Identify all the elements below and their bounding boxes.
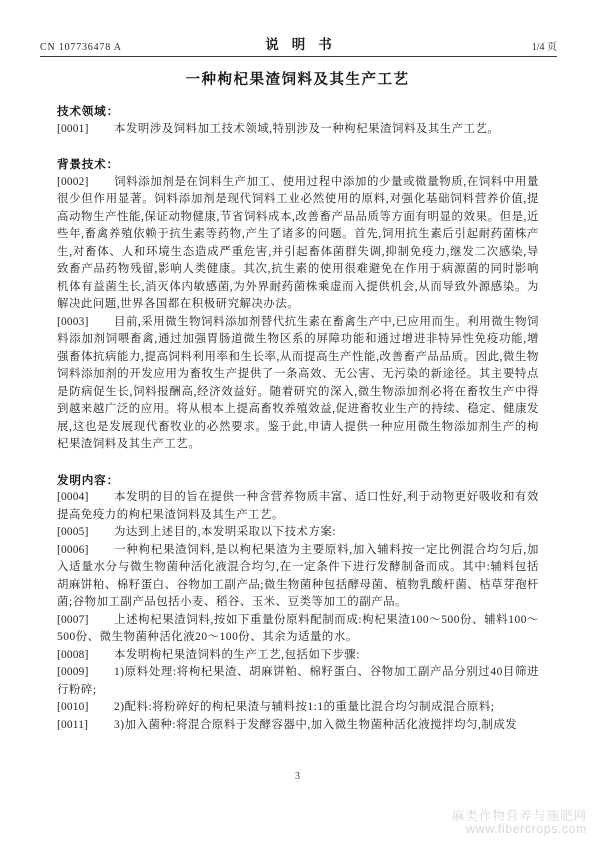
paragraph-text: 本发明涉及饲料加工技术领域,特别涉及一种枸杞果渣饲料及其生产工艺。 bbox=[114, 123, 500, 135]
paragraph-number: [0004] bbox=[57, 489, 98, 507]
section-heading-technical-field: 技术领域： bbox=[57, 103, 539, 121]
paragraph-text: 本发明枸杞果渣饲料的生产工艺,包括如下步骤: bbox=[114, 649, 360, 661]
paragraph-text: 为达到上述目的,本发明采取以下技术方案: bbox=[114, 526, 336, 538]
paragraph-text: 上述枸杞果渣饲料,按如下重量份原料配制而成:枸杞果渣100～500份、辅料100… bbox=[57, 614, 539, 644]
paragraph-text: 饲料添加剂是在饲料生产加工、使用过程中添加的少量或微量物质,在饲料中用量很少但作… bbox=[57, 176, 539, 311]
site-watermark: 麻类作物营养与施肥网 www.fibercrops.com bbox=[452, 810, 587, 836]
paragraph-text: 目前,采用微生物饲料添加剂替代抗生素在畜禽生产中,已应用而生。利用微生物饲料添加… bbox=[57, 316, 539, 451]
patent-specification-page: CN 107736478 A 说明书 1/4 页 一种枸杞果渣饲料及其生产工艺 … bbox=[0, 0, 595, 842]
paragraph-0001: [0001]本发明涉及饲料加工技术领域,特别涉及一种枸杞果渣饲料及其生产工艺。 bbox=[57, 121, 539, 139]
paragraph-0008: [0008]本发明枸杞果渣饲料的生产工艺,包括如下步骤: bbox=[57, 647, 539, 665]
section-heading-background-art: 背景技术： bbox=[57, 156, 539, 174]
paragraph-text: 本发明的目的旨在提供一种含营养物质丰富、适口性好,利于动物更好吸收和有效提高免疫… bbox=[57, 491, 539, 521]
paragraph-0004: [0004]本发明的目的旨在提供一种含营养物质丰富、适口性好,利于动物更好吸收和… bbox=[57, 489, 539, 524]
paragraph-0006: [0006]一种枸杞果渣饲料,是以枸杞果渣为主要原料,加入辅料按一定比例混合均匀… bbox=[57, 542, 539, 612]
paragraph-number: [0010] bbox=[57, 699, 98, 717]
publication-number: CN 107736478 A bbox=[40, 42, 200, 53]
paragraph-0005: [0005]为达到上述目的,本发明采取以下技术方案: bbox=[57, 524, 539, 542]
paragraph-number: [0011] bbox=[57, 717, 98, 735]
paragraph-number: [0006] bbox=[57, 542, 98, 560]
paragraph-text: 1)原料处理:将枸杞果渣、胡麻饼粕、棉籽蛋白、谷物加工副产品分别过40目筛进行粉… bbox=[57, 666, 539, 696]
paragraph-number: [0003] bbox=[57, 314, 98, 332]
paragraph-text: 2)配料:将粉碎好的枸杞果渣与辅料按1:1的重量比混合均匀制成混合原料; bbox=[114, 701, 495, 713]
sheet-indicator: 1/4 页 bbox=[397, 38, 557, 53]
invention-title: 一种枸杞果渣饲料及其生产工艺 bbox=[0, 68, 595, 89]
paragraph-number: [0001] bbox=[57, 121, 98, 139]
page-number: 3 bbox=[0, 771, 595, 782]
paragraph-0011: [0011]3)加入菌种:将混合原料于发酵容器中,加入微生物菌种活化液搅拌均匀,… bbox=[57, 717, 539, 735]
paragraph-0009: [0009]1)原料处理:将枸杞果渣、胡麻饼粕、棉籽蛋白、谷物加工副产品分别过4… bbox=[57, 664, 539, 699]
paragraph-0010: [0010]2)配料:将粉碎好的枸杞果渣与辅料按1:1的重量比混合均匀制成混合原… bbox=[57, 699, 539, 717]
paragraph-0007: [0007]上述枸杞果渣饲料,按如下重量份原料配制而成:枸杞果渣100～500份… bbox=[57, 612, 539, 647]
section-heading-summary-of-invention: 发明内容： bbox=[57, 472, 539, 490]
paragraph-text: 一种枸杞果渣饲料,是以枸杞果渣为主要原料,加入辅料按一定比例混合均匀后,加入适量… bbox=[57, 544, 539, 609]
paragraph-number: [0005] bbox=[57, 524, 98, 542]
paragraph-0003: [0003]目前,采用微生物饲料添加剂替代抗生素在畜禽生产中,已应用而生。利用微… bbox=[57, 314, 539, 454]
paragraph-text: 3)加入菌种:将混合原料于发酵容器中,加入微生物菌种活化液搅拌均匀,制成发 bbox=[114, 719, 517, 731]
paragraph-number: [0002] bbox=[57, 174, 98, 192]
page-header: CN 107736478 A 说明书 1/4 页 bbox=[40, 36, 557, 57]
paragraph-number: [0009] bbox=[57, 664, 98, 682]
paragraph-number: [0007] bbox=[57, 612, 98, 630]
specification-body: 技术领域： [0001]本发明涉及饲料加工技术领域,特别涉及一种枸杞果渣饲料及其… bbox=[57, 103, 539, 734]
watermark-site-url: www.fibercrops.com bbox=[452, 823, 587, 836]
document-type-label: 说明书 bbox=[265, 33, 345, 53]
paragraph-number: [0008] bbox=[57, 647, 98, 665]
paragraph-0002: [0002]饲料添加剂是在饲料生产加工、使用过程中添加的少量或微量物质,在饲料中… bbox=[57, 174, 539, 314]
